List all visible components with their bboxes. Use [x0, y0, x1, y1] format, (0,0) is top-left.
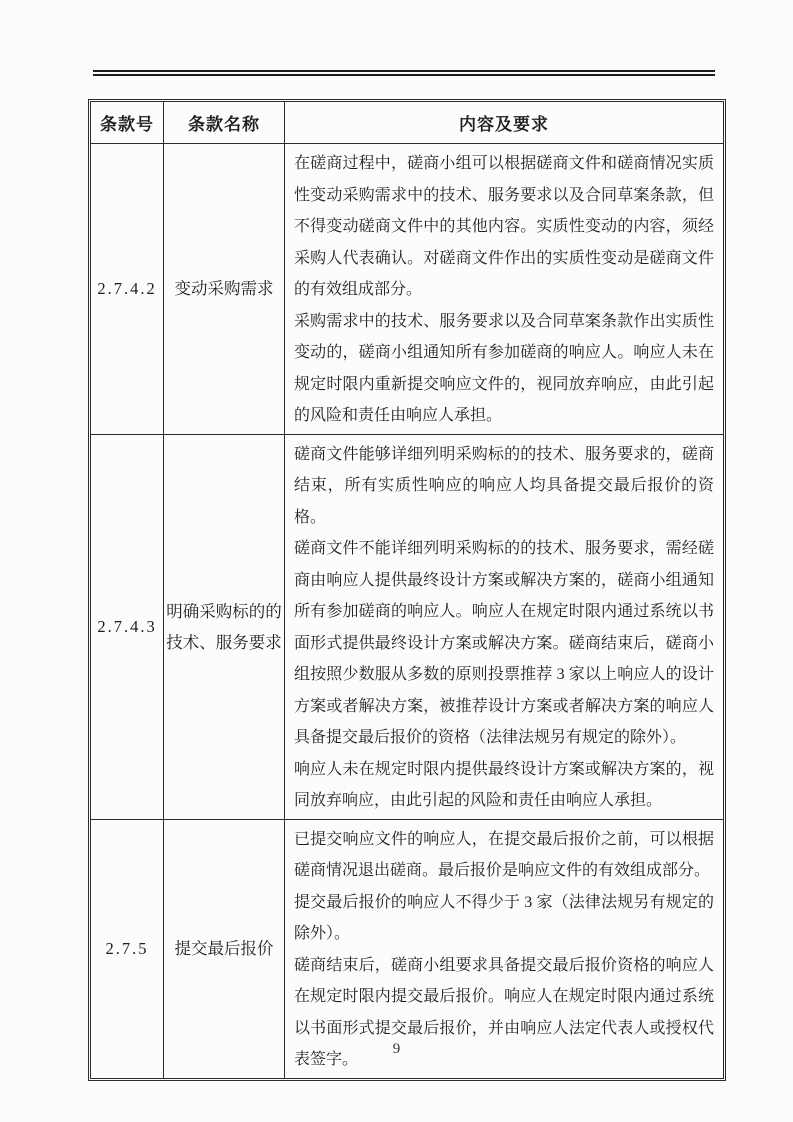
content-paragraph: 磋商文件能够详细列明采购标的的技术、服务要求的，磋商结束，所有实质性响应的响应人…: [294, 439, 714, 534]
clause-no-cell: 2.7.5: [91, 819, 164, 1078]
column-header-content: 内容及要求: [285, 102, 724, 144]
page-header-rule: [93, 70, 715, 76]
content-paragraph: 磋商文件不能详细列明采购标的的技术、服务要求，需经磋商由响应人提供最终设计方案或…: [294, 533, 714, 754]
column-header-clause-name: 条款名称: [164, 102, 285, 144]
table-row: 2.7.5 提交最后报价 已提交响应文件的响应人，在提交最后报价之前，可以根据磋…: [91, 819, 724, 1078]
clause-name-cell: 变动采购需求: [164, 144, 285, 435]
content-paragraph: 提交最后报价的响应人不得少于 3 家（法律法规另有规定的除外）。: [294, 887, 714, 950]
clause-no-cell: 2.7.4.2: [91, 144, 164, 435]
clause-content-cell: 在磋商过程中，磋商小组可以根据磋商文件和磋商情况实质性变动采购需求中的技术、服务…: [285, 144, 724, 435]
clause-content-cell: 已提交响应文件的响应人，在提交最后报价之前，可以根据磋商情况退出磋商。最后报价是…: [285, 819, 724, 1078]
clause-table-grid: 条款号 条款名称 内容及要求 2.7.4.2 变动采购需求 在磋商过程中，磋商小…: [90, 101, 724, 1079]
document-page: 条款号 条款名称 内容及要求 2.7.4.2 变动采购需求 在磋商过程中，磋商小…: [0, 0, 793, 1122]
table-row: 2.7.4.3 明确采购标的的技术、服务要求 磋商文件能够详细列明采购标的的技术…: [91, 434, 724, 819]
clause-name-cell: 明确采购标的的技术、服务要求: [164, 434, 285, 819]
content-paragraph: 在磋商过程中，磋商小组可以根据磋商文件和磋商情况实质性变动采购需求中的技术、服务…: [294, 148, 714, 306]
content-paragraph: 已提交响应文件的响应人，在提交最后报价之前，可以根据磋商情况退出磋商。最后报价是…: [294, 824, 714, 887]
table-row: 2.7.4.2 变动采购需求 在磋商过程中，磋商小组可以根据磋商文件和磋商情况实…: [91, 144, 724, 435]
content-paragraph: 采购需求中的技术、服务要求以及合同草案条款作出实质性变动的，磋商小组通知所有参加…: [294, 306, 714, 432]
clause-name-cell: 提交最后报价: [164, 819, 285, 1078]
clause-no-cell: 2.7.4.3: [91, 434, 164, 819]
page-number: 9: [0, 1041, 793, 1058]
clause-content-cell: 磋商文件能够详细列明采购标的的技术、服务要求的，磋商结束，所有实质性响应的响应人…: [285, 434, 724, 819]
column-header-clause-no: 条款号: [91, 102, 164, 144]
content-paragraph: 响应人未在规定时限内提供最终设计方案或解决方案的，视同放弃响应，由此引起的风险和…: [294, 754, 714, 817]
clause-table: 条款号 条款名称 内容及要求 2.7.4.2 变动采购需求 在磋商过程中，磋商小…: [88, 99, 726, 1081]
table-header-row: 条款号 条款名称 内容及要求: [91, 102, 724, 144]
